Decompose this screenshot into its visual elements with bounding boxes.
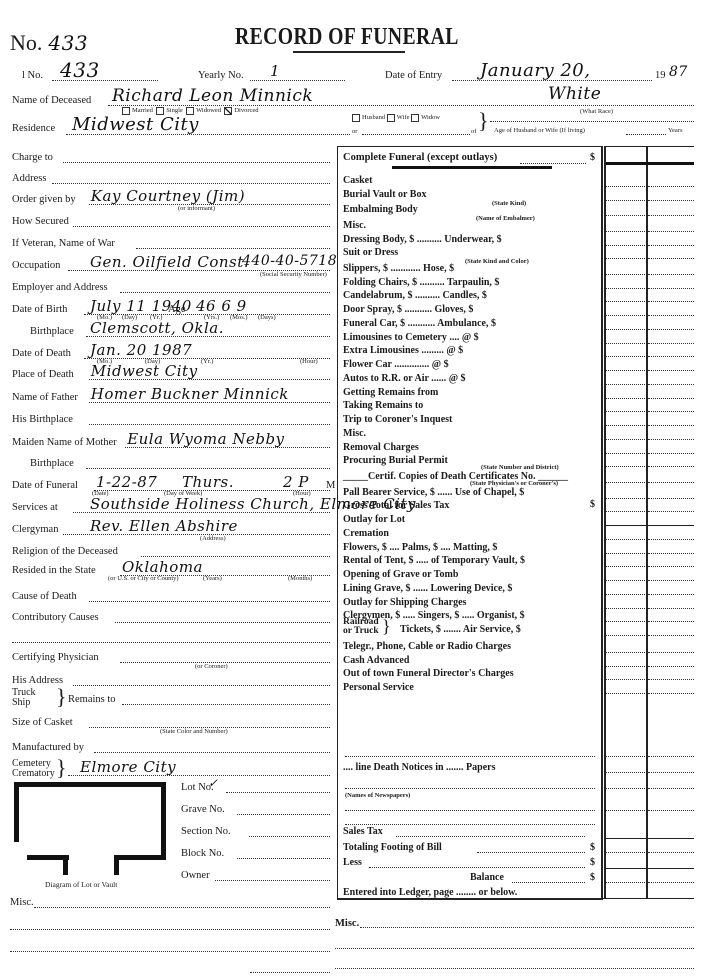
charge-row-taking-remains-to-amount[interactable] <box>606 411 645 412</box>
charge-row-lining-grave: Lining Grave, $ ...... Lowering Device, … <box>343 583 512 594</box>
charge-row-flowers: Flowers, $ .... Palms, $ .... Matting, $ <box>343 542 497 553</box>
years-caption: Years <box>668 127 683 134</box>
lot-checkmark: ✓ <box>208 776 219 790</box>
date-of-death-label: Date of Death <box>12 348 71 359</box>
complete-funeral-label: Complete Funeral (except outlays) <box>343 152 497 163</box>
charge-row-casket: Casket <box>343 175 372 186</box>
charge-row-limousines-to-cemetery-cents[interactable] <box>648 343 694 344</box>
resided-in-the-state-label: Resided in the State <box>12 565 96 576</box>
resided-in-the-state-value[interactable]: Oklahoma <box>122 558 203 576</box>
year-value[interactable]: 87 <box>669 64 688 80</box>
date-of-death-caption: (Hour) <box>300 358 318 365</box>
charge-row-suit-or-dress-amount[interactable] <box>606 258 645 259</box>
charge-row-getting-remains-from-cents[interactable] <box>648 398 694 399</box>
misc-left-label: Misc. <box>10 897 34 908</box>
checkbox-husband[interactable]: Husband <box>352 114 385 121</box>
charge-row-folding-chairs: Folding Chairs, $ .......... Tarpaulin, … <box>343 277 499 288</box>
spouse-bracket: } <box>478 110 489 132</box>
charge-row-funeral-car-cents[interactable] <box>648 329 694 330</box>
charge-row-misc-amount[interactable] <box>606 231 645 232</box>
block-no-label: Block No. <box>181 848 224 859</box>
charge-row-extra-limousines: Extra Limousines ......... @ $ <box>343 345 463 356</box>
spouse-of: of <box>471 128 476 135</box>
charge-row-trip-to-coroner-s-inquest-amount[interactable] <box>606 425 645 426</box>
charge-row-cremation-amount[interactable] <box>606 539 645 540</box>
maiden-name-of-mother-value[interactable]: Eula Wyoma Nebby <box>127 430 284 448</box>
funeral-hour-value[interactable]: 2 P <box>283 473 309 491</box>
charge-row-dressing-body: Dressing Body, $ .......... Underwear, $ <box>343 234 502 245</box>
date-of-birth-label: Date of Birth <box>12 304 67 315</box>
charge-row-limousines-to-cemetery-amount[interactable] <box>606 343 645 344</box>
charge-row-rental-of-tent-amount[interactable] <box>606 566 645 567</box>
charge-row-limousines-to-cemetery: Limousines to Cemetery .... @ $ <box>343 332 479 343</box>
age-value[interactable]: 46 6 9 <box>196 297 247 315</box>
charge-row-outlay-for-shipping-charges-amount[interactable] <box>606 608 645 609</box>
charge-row-autos-to-r: Autos to R.R. or Air ...... @ $ <box>343 373 466 384</box>
section-no-field[interactable] <box>249 836 330 837</box>
resided-in-the-state-caption: (Years) <box>203 575 222 582</box>
charge-row-getting-remains-from-amount[interactable] <box>606 398 645 399</box>
charge-row-misc: Misc. <box>343 220 366 231</box>
resided-in-the-state-caption: (or U.S. or City or County) <box>108 575 179 582</box>
religion-of-the-deceased-label: Religion of the Deceased <box>12 546 118 557</box>
name-of-father-label: Name of Father <box>12 392 78 403</box>
charge-row-opening-of-grave-or-tomb: Opening of Grave or Tomb <box>343 569 458 580</box>
checkbox-wife[interactable]: Wife <box>387 114 410 121</box>
charge-row-outlay-for-lot: Outlay for Lot <box>343 514 405 525</box>
funeral-meridiem: M <box>326 480 335 491</box>
residence-label: Residence <box>12 123 55 134</box>
charge-row-slippers: Slippers, $ ............ Hose, $ <box>343 263 454 274</box>
checkbox-divorced[interactable]: Divorced <box>224 107 258 114</box>
charge-to-label: Charge to <box>12 152 53 163</box>
charge-row-pall-bearer-service-cents[interactable] <box>648 498 694 499</box>
charge-row-flower-car-amount[interactable] <box>606 370 645 371</box>
charge-row-personal-service-cents[interactable] <box>648 693 694 694</box>
order-given-by-label: Order given by <box>12 194 76 205</box>
charge-row-flower-car: Flower Car .............. @ $ <box>343 359 449 370</box>
charge-row-casket-cents[interactable] <box>648 186 694 187</box>
charge-row-taking-remains-to: Taking Remains to <box>343 400 423 411</box>
charge-row-lining-grave-cents[interactable] <box>648 594 694 595</box>
charge-row-personal-service: Personal Service <box>343 682 414 693</box>
vault-caption: (State Kind) <box>492 200 526 207</box>
charge-row-candelabrum-amount[interactable] <box>606 301 645 302</box>
charge-row-candelabrum-cents[interactable] <box>648 301 694 302</box>
charge-row-gross-total-for-sales-tax-amount[interactable] <box>606 511 645 512</box>
totaling-footing-label: Totaling Footing of Bill <box>343 842 442 853</box>
charge-row-out-of-town-funeral-director-s-cents[interactable] <box>648 679 694 680</box>
less-dollar: $ <box>590 857 595 868</box>
charge-row-dressing-body-amount[interactable] <box>606 245 645 246</box>
owner-field[interactable] <box>215 880 330 881</box>
balance-dollar: $ <box>590 872 595 883</box>
charge-row-slippers-amount[interactable] <box>606 274 645 275</box>
size-of-casket-label: Size of Casket <box>12 717 73 728</box>
charge-row-cremation-cents[interactable] <box>648 539 694 540</box>
page-title: RECORD OF FUNERAL <box>235 24 459 51</box>
clergyman-value[interactable]: Rev. Ellen Abshire <box>90 517 238 535</box>
diagram-caption: Diagram of Lot or Vault <box>45 880 117 889</box>
charge-row-dressing-body-cents[interactable] <box>648 245 694 246</box>
charge-row-door-spray: Door Spray, $ ........... Gloves, $ <box>343 304 473 315</box>
charge-row-certif-amount[interactable] <box>606 482 645 483</box>
charge-row-lining-grave-amount[interactable] <box>606 594 645 595</box>
order-given-by-caption: (or informant) <box>178 205 215 212</box>
balance-label: Balance <box>470 872 504 883</box>
cemetery-crematory-bracket: CemeteryCrematory <box>12 759 55 779</box>
charge-row-cash-advanced-amount[interactable] <box>606 666 645 667</box>
form-number-label: No.433 <box>10 30 88 56</box>
place-of-death-label: Place of Death <box>12 369 74 380</box>
age-label: Age <box>168 304 186 315</box>
grave-no-field[interactable] <box>237 814 330 815</box>
charge-row-autos-to-r-amount[interactable] <box>606 384 645 385</box>
charge-row-opening-of-grave-or-tomb-amount[interactable] <box>606 580 645 581</box>
charge-row-taking-remains-to-cents[interactable] <box>648 411 694 412</box>
certifying-physician-caption: (or Coroner) <box>195 663 228 670</box>
age-spouse-caption: Age of Husband or Wife (If living) <box>494 127 585 134</box>
date-of-funeral-label: Date of Funeral <box>12 480 78 491</box>
charge-row-misc-cents[interactable] <box>648 439 694 440</box>
charge-row-trip-to-coroner-s-inquest-cents[interactable] <box>648 425 694 426</box>
size-of-casket-caption: (State Color and Number) <box>160 728 228 735</box>
charge-row-outlay-for-shipping-charges: Outlay for Shipping Charges <box>343 597 466 608</box>
funeral-day-value[interactable]: Thurs. <box>182 473 234 491</box>
charge-row-clergymen-amount[interactable] <box>606 621 645 622</box>
suit-caption: (State Kind and Color) <box>465 258 529 265</box>
charge-row-gross-total-for-sales-tax: Gross Total for Sales Tax <box>343 500 449 511</box>
manufactured-by-label: Manufactured by <box>12 742 84 753</box>
charge-row-folding-chairs-amount[interactable] <box>606 288 645 289</box>
date-of-birth-caption: (Mos.) <box>230 314 248 321</box>
occupation-label: Occupation <box>12 260 60 271</box>
charge-row-pall-bearer-service: Pall Bearer Service, $ ...... Use of Cha… <box>343 487 524 498</box>
record-no-value[interactable]: 433 <box>60 58 100 82</box>
total-cents-field[interactable] <box>648 882 694 883</box>
charge-row-cash-advanced: Cash Advanced <box>343 655 409 666</box>
charge-row-embalming-body-amount[interactable] <box>606 215 645 216</box>
misc-right-label: Misc. <box>335 918 359 929</box>
if-veteran-name-of-war-label: If Veteran, Name of War <box>12 238 115 249</box>
services-at-label: Services at <box>12 502 58 513</box>
name-of-father-value[interactable]: Homer Buckner Minnick <box>91 385 289 403</box>
date-entry-value[interactable]: January 20, <box>480 60 591 81</box>
charge-row-embalming-body-cents[interactable] <box>648 215 694 216</box>
total-amount-field[interactable] <box>606 852 645 853</box>
less-label: Less <box>343 857 362 868</box>
total-amount-field[interactable] <box>606 882 645 883</box>
charge-row-flowers-amount[interactable] <box>606 553 645 554</box>
charge-row-misc: Misc. <box>343 428 366 439</box>
address-label: Address <box>12 173 46 184</box>
charge-row-telegr: Telegr., Phone, Cable or Radio Charges <box>343 641 511 652</box>
charge-row-pall-bearer-service-amount[interactable] <box>606 498 645 499</box>
total-cents-field[interactable] <box>648 852 694 853</box>
charge-row-telegr-amount[interactable] <box>606 652 645 653</box>
spouse-or: or <box>352 128 357 135</box>
charge-row-gross-total-for-sales-tax-cents[interactable] <box>648 511 694 512</box>
charge-row-casket-amount[interactable] <box>606 186 645 187</box>
ssn-value[interactable]: 440-40-5718 <box>242 253 337 269</box>
record-no-label: l No. <box>22 70 43 81</box>
charge-row-certif-cents[interactable] <box>648 482 694 483</box>
how-secured-label: How Secured <box>12 216 69 227</box>
birthplace-label: Birthplace <box>30 458 74 469</box>
charge-row-flowers-cents[interactable] <box>648 553 694 554</box>
birthplace-label: Birthplace <box>30 326 74 337</box>
charge-row-tickets-cents[interactable] <box>648 635 694 636</box>
order-given-by-value[interactable]: Kay Courtney (Jim) <box>91 187 245 205</box>
checkbox-widow[interactable]: Widow <box>411 114 440 121</box>
cemetery-crematory-value[interactable]: Elmore City <box>80 758 176 776</box>
section-no-label: Section No. <box>181 826 231 837</box>
charge-row-funeral-car: Funeral Car, $ ........... Ambulance, $ <box>343 318 496 329</box>
charge-row-tickets: Tickets, $ ....... Air Service, $ <box>400 624 521 635</box>
charge-row-clergymen-cents[interactable] <box>648 621 694 622</box>
employer-and-address-label: Employer and Address <box>12 282 108 293</box>
charge-row-candelabrum: Candelabrum, $ .......... Candles, $ <box>343 290 487 301</box>
charge-row-funeral-car-amount[interactable] <box>606 329 645 330</box>
contributory-causes-label: Contributory Causes <box>12 612 99 623</box>
clergyman-caption: (Address) <box>200 535 226 542</box>
charge-row-out-of-town-funeral-director-s: Out of town Funeral Director's Charges <box>343 668 514 679</box>
charge-row-procuring-burial-permit-cents[interactable] <box>648 466 694 467</box>
charge-row-misc-cents[interactable] <box>648 231 694 232</box>
charge-row-rental-of-tent-cents[interactable] <box>648 566 694 567</box>
birthplace-value[interactable]: Clemscott, Okla. <box>90 319 224 337</box>
charge-row-suit-or-dress: Suit or Dress <box>343 247 398 258</box>
totaling-footing-dollar: $ <box>590 842 595 853</box>
charge-row-removal-charges: Removal Charges <box>343 442 419 453</box>
block-no-field[interactable] <box>237 858 330 859</box>
complete-funeral-amount[interactable] <box>606 162 694 165</box>
charge-row-procuring-burial-permit-amount[interactable] <box>606 466 645 467</box>
date-of-death-value[interactable]: Jan. 20 1987 <box>90 341 192 359</box>
charge-row-folding-chairs-cents[interactable] <box>648 288 694 289</box>
race-value[interactable]: White <box>548 84 601 104</box>
title-underline <box>293 51 405 53</box>
charge-row-rental-of-tent: Rental of Tent, $ ..... of Temporary Vau… <box>343 555 525 566</box>
charge-row-tickets-amount[interactable] <box>606 635 645 636</box>
resided-in-the-state-caption: (Months) <box>288 575 312 582</box>
certifying-physician-label: Certifying Physician <box>12 652 99 663</box>
clergyman-label: Clergyman <box>12 524 58 535</box>
occupation-value[interactable]: Gen. Oilfield Const. <box>90 253 249 271</box>
form-number-value: 433 <box>48 31 88 55</box>
charge-row-extra-limousines-amount[interactable] <box>606 356 645 357</box>
charge-row-misc-amount[interactable] <box>606 439 645 440</box>
railroad-bracket: Railroador Truck <box>343 618 379 636</box>
charge-row-removal-charges-cents[interactable] <box>648 453 694 454</box>
charge-row-burial-vault-or-box-amount[interactable] <box>606 200 645 201</box>
lot-no-field[interactable] <box>226 792 330 793</box>
charge-row-door-spray-cents[interactable] <box>648 315 694 316</box>
charge-row-autos-to-r-cents[interactable] <box>648 384 694 385</box>
charge-row-telegr-cents[interactable] <box>648 652 694 653</box>
embalmer-caption: (Name of Embalmer) <box>476 215 535 222</box>
deceased-value[interactable]: Richard Leon Minnick <box>112 86 313 106</box>
death-notices-row: .... line Death Notices in ....... Paper… <box>343 762 496 773</box>
charge-row-opening-of-grave-or-tomb-cents[interactable] <box>648 580 694 581</box>
sales-tax-label: Sales Tax <box>343 826 383 837</box>
charge-row-getting-remains-from: Getting Remains from <box>343 387 438 398</box>
charge-row-procuring-burial-permit: Procuring Burial Permit <box>343 455 448 466</box>
date-entry-label: Date of Entry <box>385 70 442 81</box>
charge-row-removal-charges-amount[interactable] <box>606 453 645 454</box>
grave-no-label: Grave No. <box>181 804 225 815</box>
charge-row-burial-vault-or-box: Burial Vault or Box <box>343 189 426 200</box>
remains-to-label: Remains to <box>68 694 116 705</box>
newspapers-caption: (Names of Newspapers) <box>345 792 410 799</box>
charge-row-personal-service-amount[interactable] <box>606 693 645 694</box>
maiden-name-of-mother-label: Maiden Name of Mother <box>12 437 117 448</box>
charge-row-extra-limousines-cents[interactable] <box>648 356 694 357</box>
place-of-death-value[interactable]: Midwest City <box>91 362 198 380</box>
charge-row-out-of-town-funeral-director-s-amount[interactable] <box>606 679 645 680</box>
charge-row-burial-vault-or-box-cents[interactable] <box>648 200 694 201</box>
charge-row-cash-advanced-cents[interactable] <box>648 666 694 667</box>
charge-row-cremation: Cremation <box>343 528 389 539</box>
charge-row-outlay-for-shipping-charges-cents[interactable] <box>648 608 694 609</box>
occupation-caption: (Social Security Number) <box>260 271 327 278</box>
yearly-no-label: Yearly No. <box>198 70 244 81</box>
charge-row-flower-car-cents[interactable] <box>648 370 694 371</box>
gross-total-dollar: $ <box>590 499 595 510</box>
owner-label: Owner <box>181 870 210 881</box>
deceased-label: Name of Deceased <box>12 95 91 106</box>
date-of-death-caption: (Yr.) <box>201 358 213 365</box>
charge-row-trip-to-coroner-s-inquest: Trip to Coroner's Inquest <box>343 414 452 425</box>
his-birthplace-label: His Birthplace <box>12 414 73 425</box>
lot-diagram <box>14 782 166 787</box>
charge-row-slippers-cents[interactable] <box>648 274 694 275</box>
date-of-birth-caption: (Days) <box>258 314 276 321</box>
charge-row-door-spray-amount[interactable] <box>606 315 645 316</box>
remains-to-bracket: TruckShip <box>12 688 36 708</box>
yearly-no-value[interactable]: 1 <box>270 62 280 80</box>
charge-row-embalming-body: Embalming Body <box>343 204 418 215</box>
year-prefix: 19 <box>655 70 666 81</box>
ledger-entry-label: Entered into Ledger, page ........ or be… <box>343 887 517 898</box>
spouse-options: Husband Wife Widow <box>352 114 440 122</box>
date-of-funeral-value[interactable]: 1-22-87 <box>96 473 157 491</box>
residence-value[interactable]: Midwest City <box>72 114 199 135</box>
charge-row-suit-or-dress-cents[interactable] <box>648 258 694 259</box>
race-caption: (What Race) <box>580 108 613 115</box>
cause-of-death-label: Cause of Death <box>12 591 77 602</box>
